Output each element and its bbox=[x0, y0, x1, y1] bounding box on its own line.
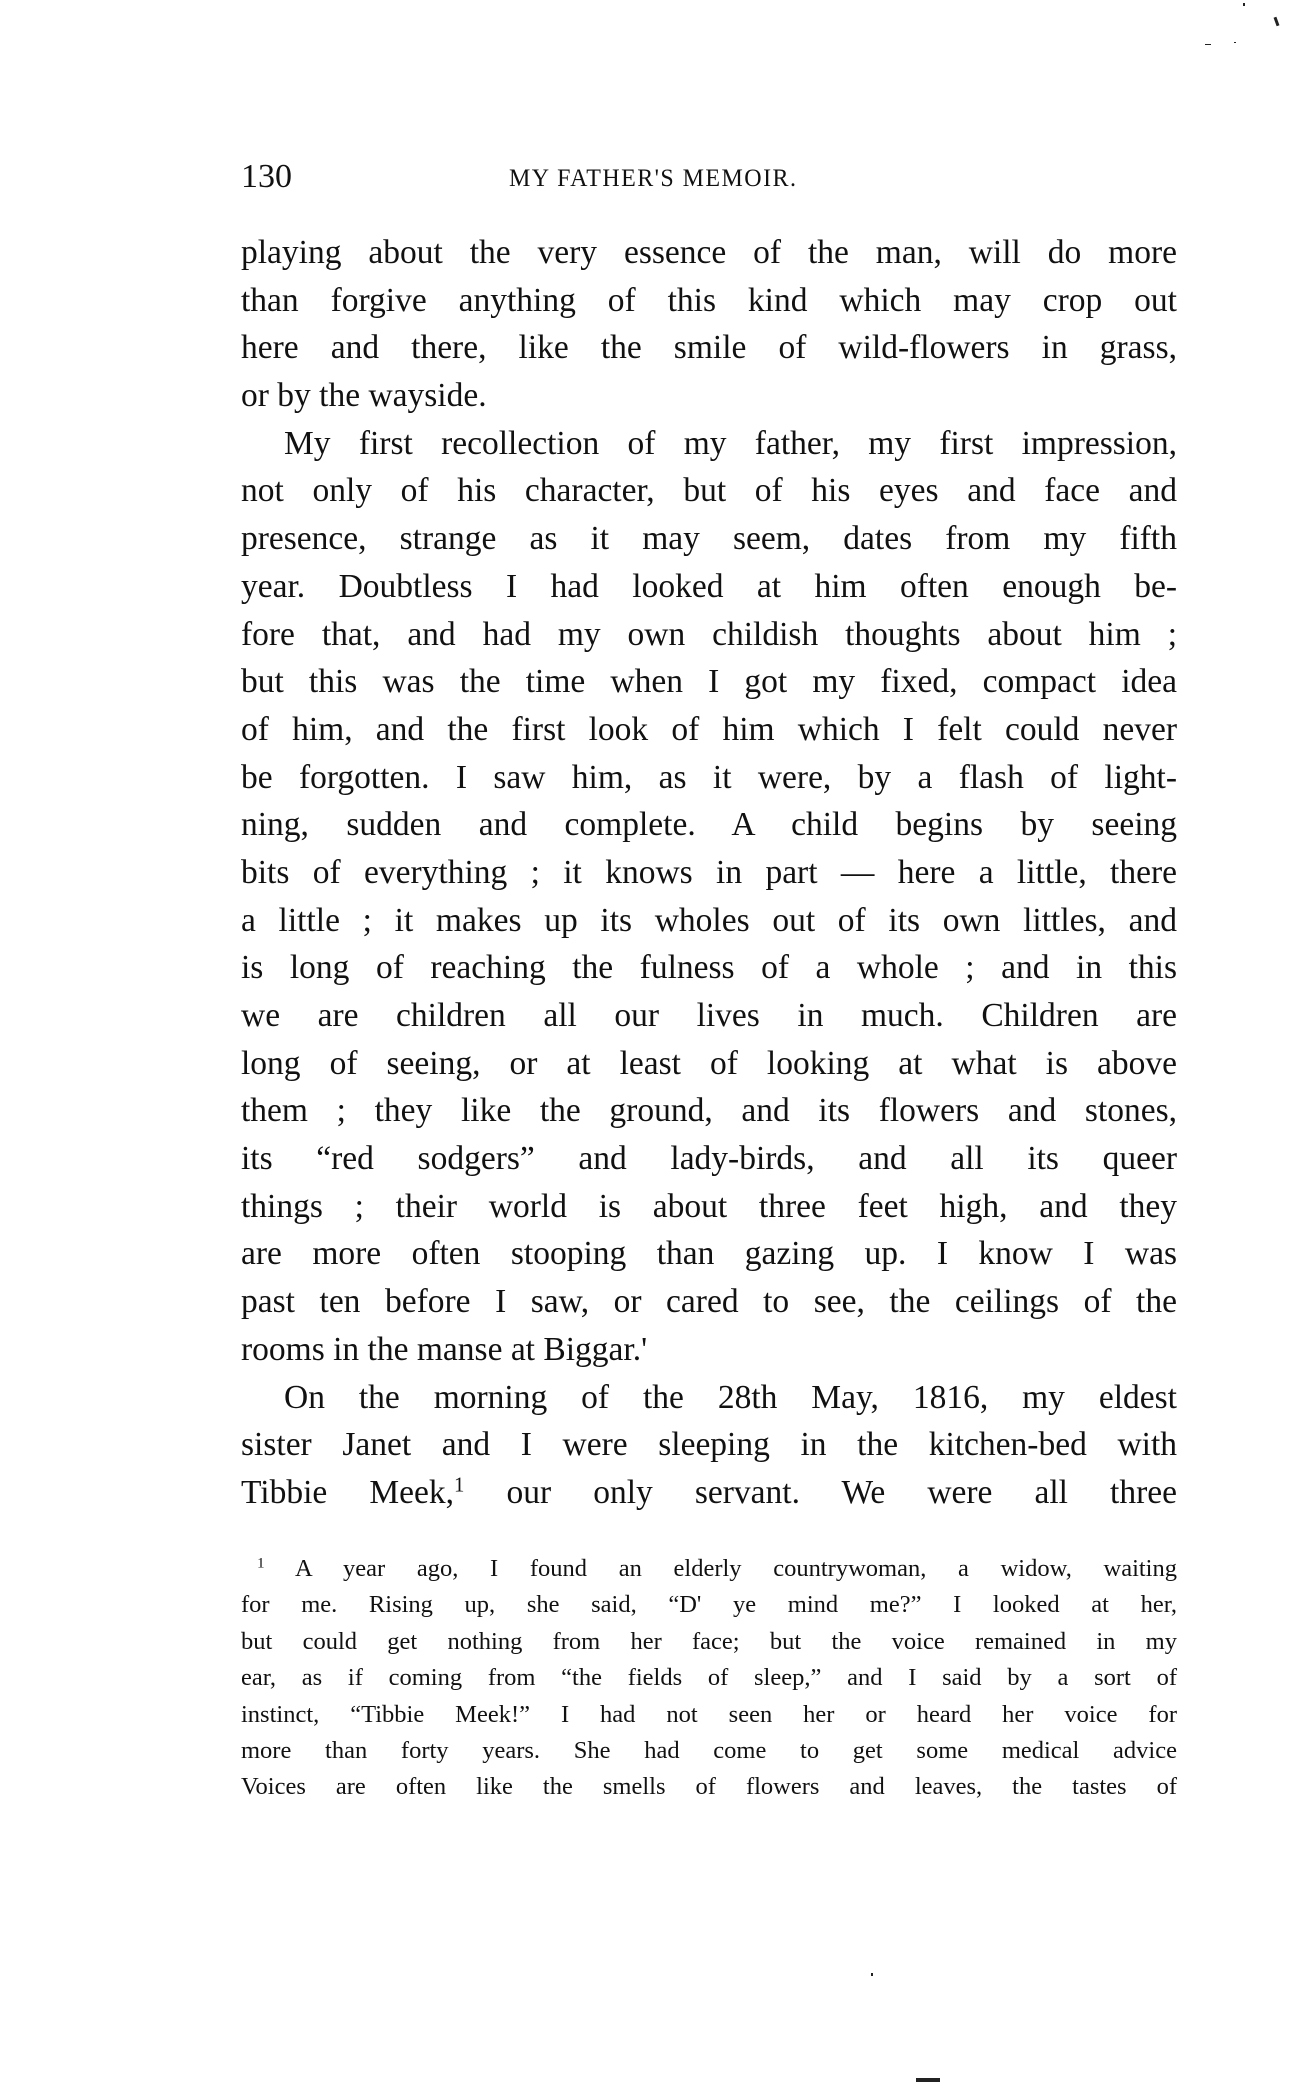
text-line: things ; their world is about three feet… bbox=[241, 1183, 1177, 1231]
text-line: bits of everything ; it knows in part — … bbox=[241, 849, 1177, 897]
footnote-marker: 1 bbox=[257, 1555, 265, 1572]
footnote-reference[interactable]: 1 bbox=[454, 1473, 464, 1496]
text-line: fore that, and had my own childish thoug… bbox=[241, 611, 1177, 659]
text-fragment: our only servant. We were all three bbox=[506, 1474, 1177, 1511]
text-line: than forgive anything of this kind which… bbox=[241, 277, 1177, 325]
footnote-text: A year ago, I found an elderly countrywo… bbox=[295, 1555, 1177, 1582]
text-line: long of seeing, or at least of looking a… bbox=[241, 1040, 1177, 1088]
text-line: but this was the time when I got my fixe… bbox=[241, 658, 1177, 706]
footnote: 1 A year ago, I found an elderly country… bbox=[241, 1551, 1177, 1806]
scan-speck bbox=[916, 2078, 940, 2082]
scan-speck bbox=[871, 1973, 873, 1976]
paragraph-start-line: My first recollection of my father, my f… bbox=[241, 420, 1177, 468]
text-fragment: Tibbie Meek, bbox=[241, 1474, 454, 1511]
page-number: 130 bbox=[241, 155, 292, 199]
text-line: is long of reaching the fulness of a who… bbox=[241, 944, 1177, 992]
book-page: 130 MY FATHER'S MEMOIR. playing about th… bbox=[0, 0, 1299, 2082]
text-line: sister Janet and I were sleeping in the … bbox=[241, 1421, 1177, 1469]
text-line-with-footnote-ref: Tibbie Meek,1 our only servant. We were … bbox=[241, 1469, 1177, 1517]
text-line: ning, sudden and complete. A child begin… bbox=[241, 801, 1177, 849]
footnote-line: ear, as if coming from “the fields of sl… bbox=[241, 1660, 1177, 1696]
scan-speck bbox=[1274, 17, 1280, 26]
text-line: them ; they like the ground, and its flo… bbox=[241, 1087, 1177, 1135]
running-head: 130 MY FATHER'S MEMOIR. bbox=[241, 155, 1177, 199]
text-line: we are children all our lives in much. C… bbox=[241, 992, 1177, 1040]
paragraph-start-line: On the morning of the 28th May, 1816, my… bbox=[241, 1374, 1177, 1422]
footnote-line: Voices are often like the smells of flow… bbox=[241, 1769, 1177, 1805]
footnote-line: more than forty years. She had come to g… bbox=[241, 1733, 1177, 1769]
scan-speck bbox=[1205, 44, 1211, 45]
text-line: a little ; it makes up its wholes out of… bbox=[241, 897, 1177, 945]
text-line: are more often stooping than gazing up. … bbox=[241, 1230, 1177, 1278]
text-line: playing about the very essence of the ma… bbox=[241, 229, 1177, 277]
text-line: year. Doubtless I had looked at him ofte… bbox=[241, 563, 1177, 611]
text-line: presence, strange as it may seem, dates … bbox=[241, 515, 1177, 563]
scan-speck bbox=[1234, 42, 1236, 43]
body-text: playing about the very essence of the ma… bbox=[241, 229, 1177, 1517]
footnote-line: for me. Rising up, she said, “D' ye mind… bbox=[241, 1587, 1177, 1623]
footnote-line: instinct, “Tibbie Meek!” I had not seen … bbox=[241, 1697, 1177, 1733]
text-line: its “red sodgers” and lady-birds, and al… bbox=[241, 1135, 1177, 1183]
text-line: not only of his character, but of his ey… bbox=[241, 467, 1177, 515]
running-title: MY FATHER'S MEMOIR. bbox=[509, 157, 797, 201]
text-line: or by the wayside. bbox=[241, 372, 1177, 420]
footnote-line: 1 A year ago, I found an elderly country… bbox=[241, 1551, 1177, 1587]
text-line: of him, and the first look of him which … bbox=[241, 706, 1177, 754]
text-line: here and there, like the smile of wild-f… bbox=[241, 324, 1177, 372]
footnote-line: but could get nothing from her face; but… bbox=[241, 1624, 1177, 1660]
text-line: be forgotten. I saw him, as it were, by … bbox=[241, 754, 1177, 802]
scan-speck bbox=[1243, 3, 1245, 6]
text-line: rooms in the manse at Biggar.' bbox=[241, 1326, 1177, 1374]
text-line: past ten before I saw, or cared to see, … bbox=[241, 1278, 1177, 1326]
